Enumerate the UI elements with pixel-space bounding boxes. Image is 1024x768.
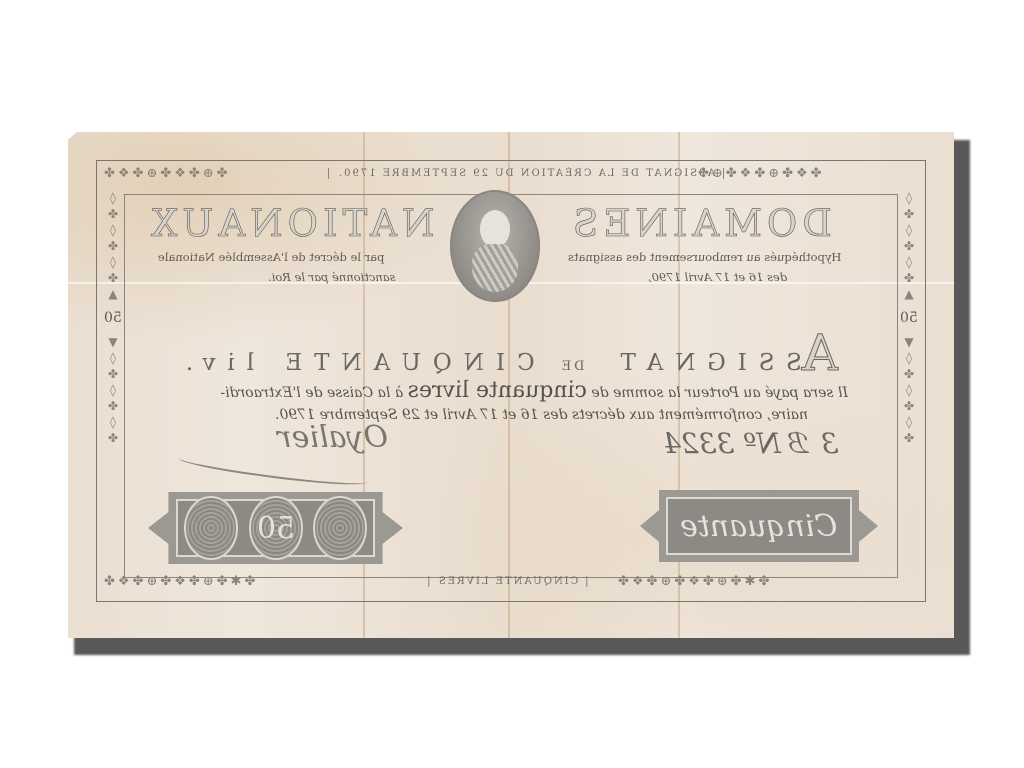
mortgage-line-2: des 16 et 17 Avril 1790, — [648, 270, 787, 284]
top-band-caption: ASSIGNAT DE LA CRÉATION DU 29 SEPTEMBRE … — [328, 168, 724, 179]
assignat-initial: A — [802, 324, 838, 382]
value-medal: 50 — [249, 496, 303, 560]
mortgage-line-1: Hypothéqués au remboursement des assigna… — [568, 250, 841, 264]
ornament-left: ✤❖✤⊕✤❖✤⊕✤✱✤ — [104, 574, 258, 589]
bottom-band-caption: CINQUANTE LIVRES — [428, 576, 587, 587]
cartouche-word: Cinquante — [680, 509, 837, 544]
bottom-ornament-band: ✤❖✤⊕✤❖✤⊕✤✱✤ CINQUANTE LIVRES ✤❖✤⊕✤❖✤⊕✤✱✤ — [98, 570, 924, 598]
title-domaines: DOMAINES — [568, 202, 832, 245]
right-side-band: ◊✤◊✤◊✤▲ 50 ▼◊✤◊✤◊✤ — [896, 190, 922, 570]
cartouche-panel: 50 — [176, 499, 375, 557]
value-cartouche-left: 50 — [148, 492, 403, 564]
rosette-medal — [313, 496, 367, 560]
ornament: ◊✤◊✤◊✤▲ — [100, 190, 126, 302]
portrait-bust — [472, 244, 518, 292]
decree-line-2: sanctionné par le Roi. — [268, 270, 396, 284]
assignat-de: DE — [559, 359, 585, 374]
value-cartouche-right: Cinquante — [640, 490, 878, 562]
rosette-medal — [184, 496, 238, 560]
royal-portrait-medallion — [450, 190, 540, 302]
ornament: ▼◊✤◊✤◊✤ — [896, 334, 922, 446]
ornament-right: ✤⊕✤❖✤⊕✤❖✤ — [698, 166, 825, 181]
side-value-left: 50 — [104, 310, 122, 326]
ornament: ◊✤◊✤◊✤▲ — [896, 190, 922, 302]
decree-line-1: par le décret de l'Assemblée Nationale — [158, 250, 384, 264]
ornament-left: ✤❖✤⊕✤❖✤⊕✤ — [104, 166, 231, 181]
serial-number: 3 ℬ Nº 3324 — [663, 427, 838, 460]
cartouche-panel: Cinquante — [666, 497, 852, 555]
left-side-band: ◊✤◊✤◊✤▲ 50 ▼◊✤◊✤◊✤ — [100, 190, 126, 570]
assignat-heading: ASSIGNATDECINQUANTE liv. — [158, 324, 838, 382]
portrait-head — [480, 210, 510, 248]
ornament-right: ✤❖✤⊕✤❖✤⊕✤✱✤ — [618, 574, 772, 589]
ornament: ▼◊✤◊✤◊✤ — [100, 334, 126, 446]
assignat-value: CINQUANTE liv. — [174, 350, 535, 376]
title-nationaux: NATIONAUX — [146, 202, 434, 245]
top-ornament-band: ✤❖✤⊕✤❖✤⊕✤ ASSIGNAT DE LA CRÉATION DU 29 … — [98, 162, 924, 190]
banknote: ✤❖✤⊕✤❖✤⊕✤ ASSIGNAT DE LA CRÉATION DU 29 … — [68, 132, 954, 638]
side-value-right: 50 — [900, 310, 918, 326]
assignat-word: SSIGNAT — [609, 350, 802, 376]
payment-line-1: Il sera payé au Porteur la somme de cinq… — [148, 380, 848, 404]
